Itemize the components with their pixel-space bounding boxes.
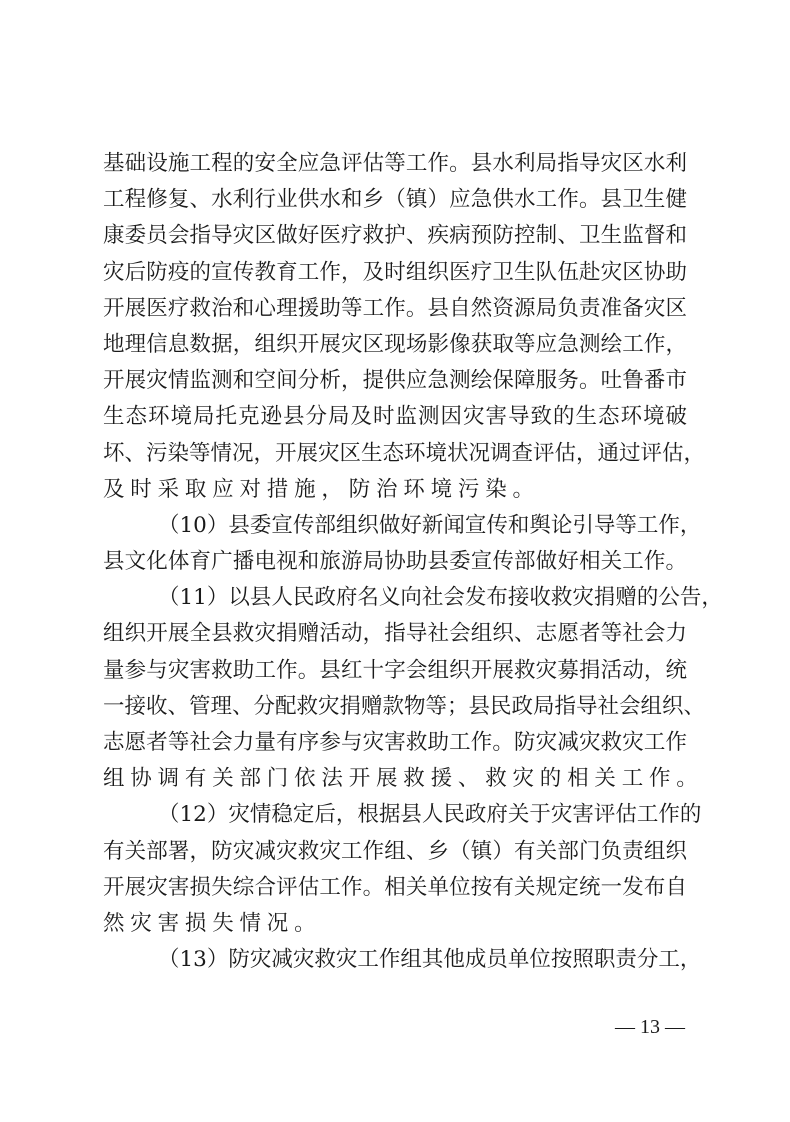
text-line: 组协调有关部门依法开展救援、救灾的相关工作。: [103, 761, 687, 797]
text-line: 组织开展全县救灾捐赠活动，指导社会组织、志愿者等社会力: [103, 616, 687, 652]
text-line: （12）灾情稳定后，根据县人民政府关于灾害评估工作的: [103, 797, 687, 833]
text-line: 坏、污染等情况，开展灾区生态环境状况调查评估，通过评估，: [103, 436, 687, 472]
document-page: 基础设施工程的安全应急评估等工作。县水利局指导灾区水利 工程修复、水利行业供水和…: [0, 0, 790, 1122]
text-line: 开展灾情监测和空间分析，提供应急测绘保障服务。吐鲁番市: [103, 363, 687, 399]
body-text: 基础设施工程的安全应急评估等工作。县水利局指导灾区水利 工程修复、水利行业供水和…: [103, 146, 687, 978]
text-line: 地理信息数据，组织开展灾区现场影像获取等应急测绘工作，: [103, 327, 687, 363]
text-line: 基础设施工程的安全应急评估等工作。县水利局指导灾区水利: [103, 146, 687, 182]
text-line: 生态环境局托克逊县分局及时监测因灾害导致的生态环境破: [103, 399, 687, 435]
page-number: — 13 —: [607, 1014, 685, 1040]
text-line: （13）防灾减灾救灾工作组其他成员单位按照职责分工，: [103, 942, 687, 978]
text-line: （11）以县人民政府名义向社会发布接收救灾捐赠的公告，: [103, 580, 687, 616]
paragraph-item-12: （12）灾情稳定后，根据县人民政府关于灾害评估工作的 有关部署，防灾减灾救灾工作…: [103, 797, 687, 942]
paragraph-item-13: （13）防灾减灾救灾工作组其他成员单位按照职责分工，: [103, 942, 687, 978]
text-line: 工程修复、水利行业供水和乡（镇）应急供水工作。县卫生健: [103, 182, 687, 218]
text-line: 开展灾害损失综合评估工作。相关单位按有关规定统一发布自: [103, 870, 687, 906]
text-line: 县文化体育广播电视和旅游局协助县委宣传部做好相关工作。: [103, 544, 687, 580]
text-line: 开展医疗救治和心理援助等工作。县自然资源局负责准备灾区: [103, 291, 687, 327]
paragraph-item-11: （11）以县人民政府名义向社会发布接收救灾捐赠的公告， 组织开展全县救灾捐赠活动…: [103, 580, 687, 797]
text-line: （10）县委宣传部组织做好新闻宣传和舆论引导等工作，: [103, 508, 687, 544]
text-line: 一接收、管理、分配救灾捐赠款物等；县民政局指导社会组织、: [103, 689, 687, 725]
paragraph-continued: 基础设施工程的安全应急评估等工作。县水利局指导灾区水利 工程修复、水利行业供水和…: [103, 146, 687, 508]
text-line: 及时采取应对措施，防治环境污染。: [103, 472, 687, 508]
text-line: 灾后防疫的宣传教育工作，及时组织医疗卫生队伍赴灾区协助: [103, 255, 687, 291]
text-line: 康委员会指导灾区做好医疗救护、疾病预防控制、卫生监督和: [103, 218, 687, 254]
text-line: 志愿者等社会力量有序参与灾害救助工作。防灾减灾救灾工作: [103, 725, 687, 761]
text-line: 有关部署，防灾减灾救灾工作组、乡（镇）有关部门负责组织: [103, 834, 687, 870]
text-line: 然灾害损失情况。: [103, 906, 687, 942]
text-line: 量参与灾害救助工作。县红十字会组织开展救灾募捐活动，统: [103, 653, 687, 689]
paragraph-item-10: （10）县委宣传部组织做好新闻宣传和舆论引导等工作， 县文化体育广播电视和旅游局…: [103, 508, 687, 580]
